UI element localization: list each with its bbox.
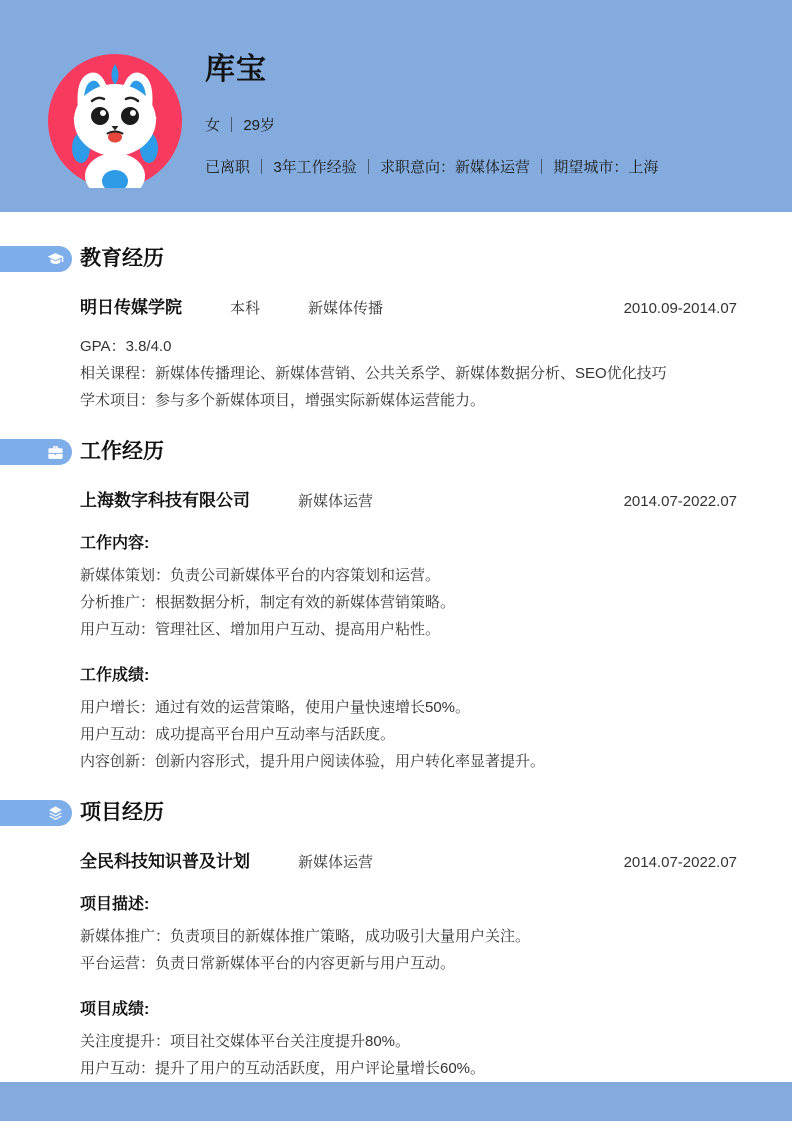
detail-line: GPA：3.8/4.0	[80, 333, 737, 360]
block-lines: 新媒体策划：负责公司新媒体平台的内容策划和运营。分析推广：根据数据分析，制定有效…	[80, 562, 737, 643]
section-head: 工作经历	[80, 439, 737, 465]
detail-line: 新媒体推广：负责项目的新媒体推广策略，成功吸引大量用户关注。	[80, 923, 737, 950]
entry-meta: 本科	[230, 297, 260, 318]
section-head: 教育经历	[80, 246, 737, 272]
briefcase-icon	[47, 444, 64, 461]
block-lines: 关注度提升：项目社交媒体平台关注度提升80%。用户互动：提升了用户的互动活跃度，…	[80, 1028, 737, 1082]
entry-blocks: 工作内容: 新媒体策划：负责公司新媒体平台的内容策划和运营。分析推广：根据数据分…	[80, 533, 737, 775]
entry: 上海数字科技有限公司 新媒体运营2014.07-2022.07 工作内容: 新媒…	[80, 486, 737, 775]
entry-row: 上海数字科技有限公司 新媒体运营2014.07-2022.07	[80, 486, 737, 511]
detail-line: 用户互动：管理社区、增加用户互动、提高用户粘性。	[80, 616, 737, 643]
detail-line: 用户互动：提升了用户的互动活跃度，用户评论量增长60%。	[80, 1055, 737, 1082]
resume-header: 库宝 女 ｜ 29岁 已离职 ｜ 3年工作经验 ｜ 求职意向：新媒体运营 ｜ 期…	[0, 0, 792, 212]
block-lines: GPA：3.8/4.0相关课程：新媒体传播理论、新媒体营销、公共关系学、新媒体数…	[80, 333, 737, 414]
detail-block: 项目成绩: 关注度提升：项目社交媒体平台关注度提升80%。用户互动：提升了用户的…	[80, 999, 737, 1082]
section-pill	[0, 246, 72, 272]
block-heading: 工作内容:	[80, 533, 737, 554]
section-pill	[0, 439, 72, 465]
detail-block: GPA：3.8/4.0相关课程：新媒体传播理论、新媒体营销、公共关系学、新媒体数…	[80, 333, 737, 414]
basic-info: 女 ｜ 29岁	[205, 116, 752, 136]
entry-name: 上海数字科技有限公司	[80, 486, 250, 511]
section-head: 项目经历	[80, 800, 737, 826]
section-entries: 明日传媒学院 本科新媒体传播2010.09-2014.07 GPA：3.8/4.…	[80, 293, 737, 414]
entry-date: 2014.07-2022.07	[624, 854, 737, 871]
block-lines: 新媒体推广：负责项目的新媒体推广策略，成功吸引大量用户关注。平台运营：负责日常新…	[80, 923, 737, 977]
entry-blocks: GPA：3.8/4.0相关课程：新媒体传播理论、新媒体营销、公共关系学、新媒体数…	[80, 333, 737, 414]
block-lines: 用户增长：通过有效的运营策略，使用户量快速增长50%。用户互动：成功提高平台用户…	[80, 694, 737, 775]
section-title: 教育经历	[80, 246, 164, 272]
entry-meta: 新媒体传播	[308, 297, 383, 318]
layers-icon	[47, 805, 64, 822]
detail-line: 分析推广：根据数据分析，制定有效的新媒体营销策略。	[80, 589, 737, 616]
detail-block: 项目描述: 新媒体推广：负责项目的新媒体推广策略，成功吸引大量用户关注。平台运营…	[80, 894, 737, 977]
entry-name: 全民科技知识普及计划	[80, 847, 250, 872]
entry-blocks: 项目描述: 新媒体推广：负责项目的新媒体推广策略，成功吸引大量用户关注。平台运营…	[80, 894, 737, 1082]
person-name: 库宝	[205, 50, 752, 90]
detail-line: 内容创新：创新内容形式，提升用户阅读体验，用户转化率显著提升。	[80, 748, 737, 775]
avatar	[48, 54, 182, 188]
job-intention-summary: 已离职 ｜ 3年工作经验 ｜ 求职意向：新媒体运营 ｜ 期望城市：上海	[205, 158, 752, 178]
section-entries: 上海数字科技有限公司 新媒体运营2014.07-2022.07 工作内容: 新媒…	[80, 486, 737, 775]
resume-body: 教育经历 明日传媒学院 本科新媒体传播2010.09-2014.07 GPA：3…	[0, 212, 792, 1082]
block-heading: 项目成绩:	[80, 999, 737, 1020]
section-work: 工作经历 上海数字科技有限公司 新媒体运营2014.07-2022.07 工作内…	[80, 439, 737, 775]
entry-meta: 新媒体运营	[298, 490, 373, 511]
detail-line: 用户互动：成功提高平台用户互动率与活跃度。	[80, 721, 737, 748]
entry-date: 2014.07-2022.07	[624, 493, 737, 510]
block-heading: 工作成绩:	[80, 665, 737, 686]
section-title: 工作经历	[80, 439, 164, 465]
detail-line: 相关课程：新媒体传播理论、新媒体营销、公共关系学、新媒体数据分析、SEO优化技巧	[80, 360, 737, 387]
graduation-cap-icon	[47, 251, 64, 268]
section-title: 项目经历	[80, 800, 164, 826]
detail-line: 平台运营：负责日常新媒体平台的内容更新与用户互动。	[80, 950, 737, 977]
cat-mascot-icon	[48, 175, 182, 192]
entry-meta: 新媒体运营	[298, 851, 373, 872]
detail-line: 新媒体策划：负责公司新媒体平台的内容策划和运营。	[80, 562, 737, 589]
detail-block: 工作成绩: 用户增长：通过有效的运营策略，使用户量快速增长50%。用户互动：成功…	[80, 665, 737, 775]
resume-page: 库宝 女 ｜ 29岁 已离职 ｜ 3年工作经验 ｜ 求职意向：新媒体运营 ｜ 期…	[0, 0, 792, 1121]
header-text: 库宝 女 ｜ 29岁 已离职 ｜ 3年工作经验 ｜ 求职意向：新媒体运营 ｜ 期…	[205, 50, 752, 178]
section-project: 项目经历 全民科技知识普及计划 新媒体运营2014.07-2022.07 项目描…	[80, 800, 737, 1082]
entry-row: 全民科技知识普及计划 新媒体运营2014.07-2022.07	[80, 847, 737, 872]
section-entries: 全民科技知识普及计划 新媒体运营2014.07-2022.07 项目描述: 新媒…	[80, 847, 737, 1082]
entry-date: 2010.09-2014.07	[624, 300, 737, 317]
resume-footer	[0, 1082, 792, 1121]
section-education: 教育经历 明日传媒学院 本科新媒体传播2010.09-2014.07 GPA：3…	[80, 246, 737, 414]
detail-line: 用户增长：通过有效的运营策略，使用户量快速增长50%。	[80, 694, 737, 721]
detail-block: 工作内容: 新媒体策划：负责公司新媒体平台的内容策划和运营。分析推广：根据数据分…	[80, 533, 737, 643]
detail-line: 学术项目：参与多个新媒体项目，增强实际新媒体运营能力。	[80, 387, 737, 414]
block-heading: 项目描述:	[80, 894, 737, 915]
section-pill	[0, 800, 72, 826]
detail-line: 关注度提升：项目社交媒体平台关注度提升80%。	[80, 1028, 737, 1055]
entry-row: 明日传媒学院 本科新媒体传播2010.09-2014.07	[80, 293, 737, 318]
entry-name: 明日传媒学院	[80, 293, 182, 318]
entry: 全民科技知识普及计划 新媒体运营2014.07-2022.07 项目描述: 新媒…	[80, 847, 737, 1082]
entry: 明日传媒学院 本科新媒体传播2010.09-2014.07 GPA：3.8/4.…	[80, 293, 737, 414]
